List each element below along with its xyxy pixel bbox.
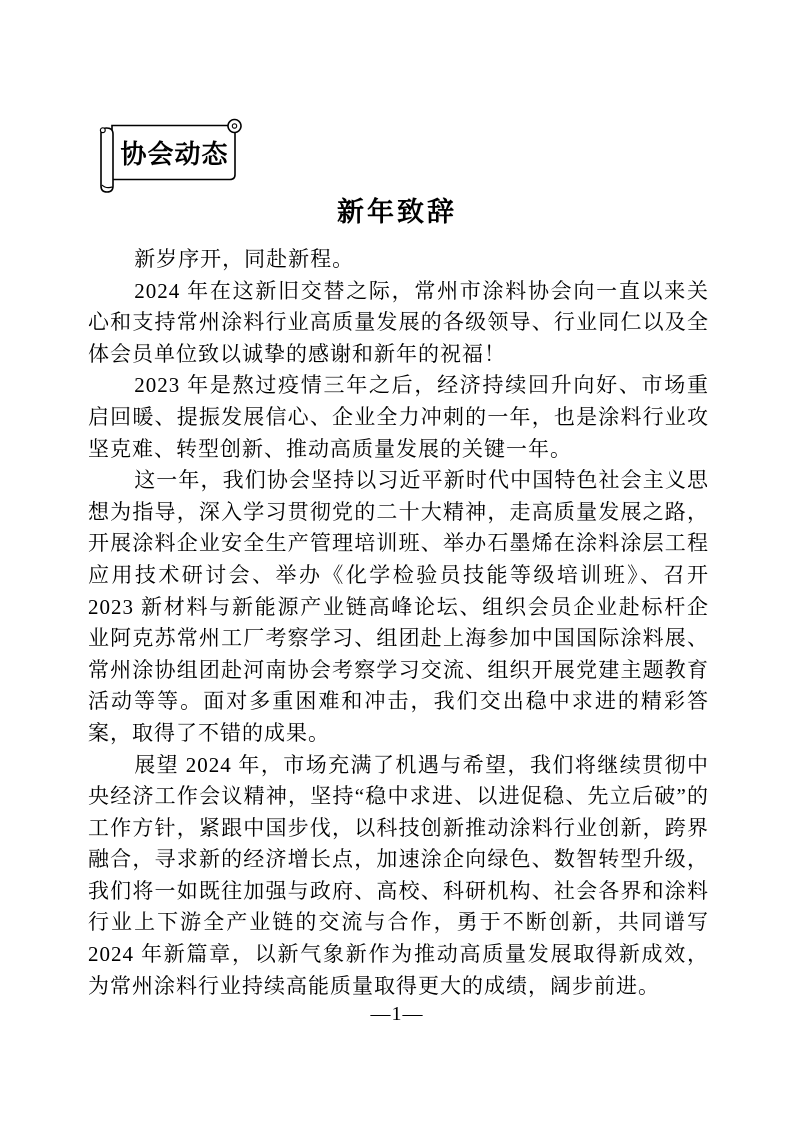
paragraph-outlook-2024: 展望 2024 年，市场充满了机遇与希望，我们将继续贯彻中央经济工作会议精神，坚… [88,750,709,1003]
document-page: 协会动态 新年致辞 新岁序开，同赴新程。 2024 年在这新旧交替之际，常州市涂… [0,0,794,1123]
page-number: —1— [0,1003,794,1026]
paragraph-review-2023: 2023 年是熬过疫情三年之后，经济持续回升向好、市场重启回暖、提振发展信心、企… [88,370,709,465]
paragraph-achievements: 这一年，我们协会坚持以习近平新时代中国特色社会主义思想为指导，深入学习贯彻党的二… [88,465,709,749]
paragraph-opening: 新岁序开，同赴新程。 [88,244,709,276]
paragraph-greeting-2024: 2024 年在这新旧交替之际，常州市涂料协会向一直以来关心和支持常州涂料行业高质… [88,276,709,371]
document-title: 新年致辞 [0,191,794,233]
document-body: 新岁序开，同赴新程。 2024 年在这新旧交替之际，常州市涂料协会向一直以来关心… [88,244,709,1002]
association-news-banner: 协会动态 [98,116,248,196]
banner-label: 协会动态 [114,126,235,179]
